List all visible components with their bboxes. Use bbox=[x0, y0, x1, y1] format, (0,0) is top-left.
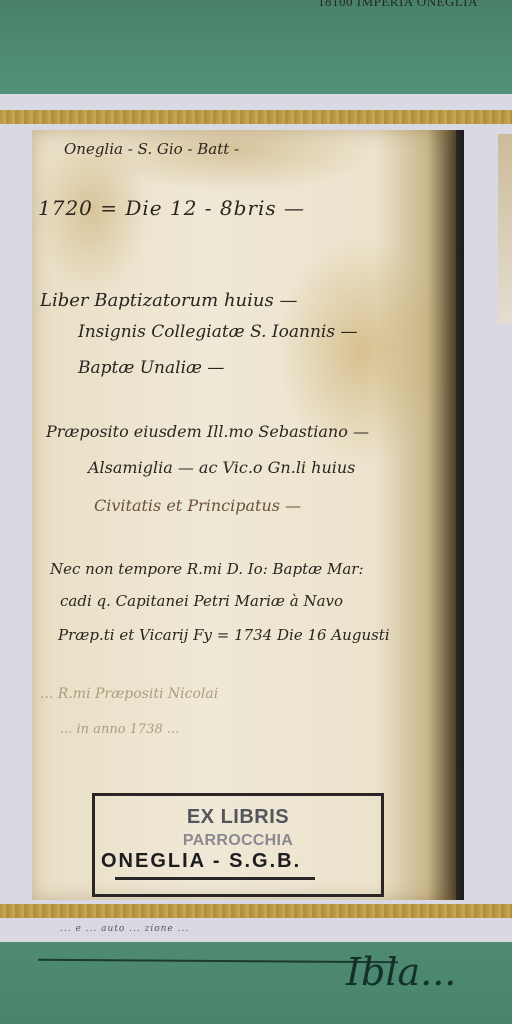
manuscript-line-9: Nec non tempore R.mi D. Io: Baptæ Mar: bbox=[50, 560, 364, 578]
stamp-underline bbox=[115, 877, 315, 880]
gold-band-top bbox=[0, 110, 512, 124]
ex-libris-stamp: EX LIBRIS PARROCCHIA ONEGLIA - S.G.B. bbox=[92, 793, 384, 897]
manuscript-line-8: Civitatis et Principatus — bbox=[94, 496, 301, 515]
manuscript-line-11: Præp.ti et Vicarij Fy = 1734 Die 16 Augu… bbox=[58, 626, 390, 644]
bleed-through-text: ... e ... auto ... zione ... bbox=[60, 924, 189, 934]
page-edge-shadow bbox=[456, 130, 464, 900]
manuscript-line-4: Insignis Collegiatæ S. Ioannis — bbox=[78, 322, 357, 342]
manuscript-line-5: Baptæ Unaliæ — bbox=[78, 358, 224, 378]
gold-band-bottom bbox=[0, 904, 512, 918]
manuscript-line-3: Liber Baptizatorum huius — bbox=[40, 290, 297, 311]
manuscript-page bbox=[32, 130, 462, 900]
manuscript-line-12-faded: ... R.mi Præpositi Nicolai bbox=[40, 686, 218, 702]
adjacent-page-edge bbox=[498, 134, 512, 324]
stamp-line-parrocchia: PARROCCHIA bbox=[95, 832, 381, 850]
manuscript-line-13-faded: ... in anno 1738 ... bbox=[60, 722, 179, 737]
manuscript-line-7: Alsamiglia — ac Vic.o Gn.li huius bbox=[88, 458, 355, 477]
stamp-line-ex-libris: EX LIBRIS bbox=[95, 806, 381, 829]
manuscript-line-2: 1720 = Die 12 - 8bris — bbox=[38, 196, 305, 220]
header-caption: 18100 IMPERIA ONEGLIA bbox=[318, 0, 478, 10]
manuscript-line-10: cadi q. Capitanei Petri Mariæ à Navo bbox=[60, 592, 343, 610]
manuscript-line-1: Oneglia - S. Gio - Batt - bbox=[64, 140, 239, 158]
green-mount-top bbox=[0, 0, 512, 96]
signature: Ibla... bbox=[346, 950, 456, 994]
manuscript-line-6: Præposito eiusdem Ill.mo Sebastiano — bbox=[46, 422, 369, 441]
stamp-line-oneglia: ONEGLIA - S.G.B. bbox=[101, 850, 301, 873]
